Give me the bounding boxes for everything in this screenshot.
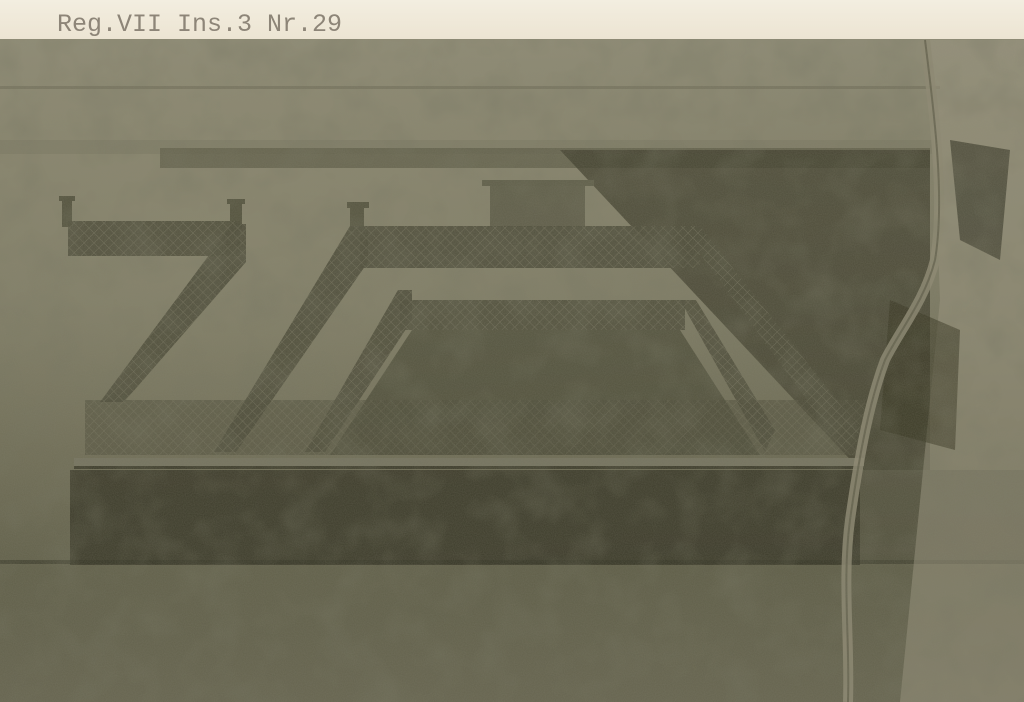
fresco-painting — [0, 39, 1024, 702]
caption-label: Reg.VII Ins.3 Nr.29 — [57, 10, 342, 39]
fresco-wall — [0, 39, 1024, 702]
caption-strip: Reg.VII Ins.3 Nr.29 — [0, 0, 1024, 40]
photograph: Reg.VII Ins.3 Nr.29 — [0, 0, 1024, 702]
